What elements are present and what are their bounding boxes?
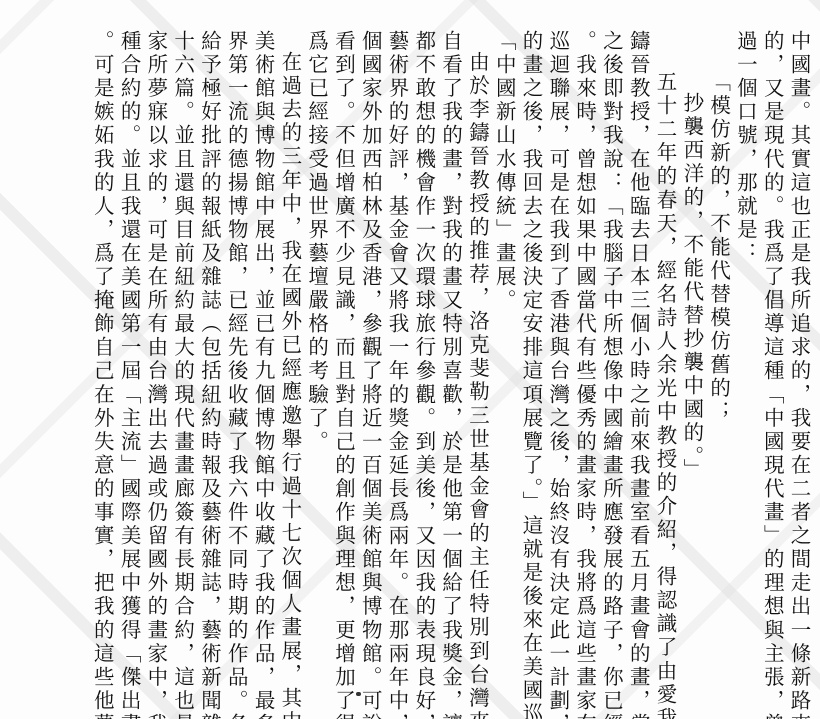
text-column-2: 的，又是現代的。我爲了倡導這種「中國現代畫」的理想與主張，曾經在那時提出 — [758, 30, 785, 670]
document-page: 中國畫。其實這也正是我所追求的，我要在二者之間走出一條新路來，它既是中國 的，又… — [88, 30, 812, 670]
text-column-6: 五十二年的春天，經名詩人余光中教授的介紹，得認識了由愛我華大學來的李 — [651, 30, 678, 670]
text-column-11: 的畫之後，我回去之後決定安排這項展覽了。」這就是後來在美國巡迴展覽兩年的 — [517, 30, 544, 670]
text-column-24: 十六篇。並且還與目前紐約最大的現代畫畫廊簽有長期合約，這也是所有的當代畫 — [169, 30, 196, 670]
text-column-15: 都不敢想的機會作一次環球旅行參觀。到美後，又因我的表現良好，作品到處受到 — [410, 30, 437, 670]
text-column-25: 家所夢寐以求的，可是在所有由台灣出去過或仍留國外的畫家中，我是唯一簽有這 — [142, 30, 169, 670]
text-column-20: 在過去的三年中，我在國外已經應邀舉行過十七次個人畫展，其中有七次是在 — [276, 30, 303, 670]
text-column-10: 巡迴聯展，可是在我到了香港與台灣之後，始終沒有決定此一計劃，今天看到你們 — [544, 30, 571, 670]
text-column-17: 個國家外加西柏林及香港，參觀了將近一百個美術館與博物館。可說是應該看的都 — [356, 30, 383, 670]
quote-line-2: 抄襲西洋的，不能代替抄襲中國的。」 — [678, 30, 705, 670]
text-column-21: 美術館與博物館中展出，並已有九個博物館中收藏了我的作品，最多者如舊金山世 — [249, 30, 276, 670]
text-column-13: 由於李鑄晉教授的推荐，洛克斐勒三世基金會的主任特別到台灣來了一趟，親 — [464, 30, 491, 670]
text-column-16: 藝術界的好評，基金會又將我一年的獎金延長爲兩年。在那兩年中，共訪問了十八 — [383, 30, 410, 670]
text-column-19: 爲它已經接受過世界藝壇嚴格的考驗了。 — [303, 30, 330, 670]
text-column-7: 鑄晉教授，在他臨去日本三個小時之前來我畫室看五月畫會的畫，當時看了我的畫 — [624, 30, 651, 670]
text-column-8: 之後即對我說：「我腦子中所想像中國繪畫所應發展的路子，你已經全表現出來了 — [598, 30, 625, 670]
text-column-18: 看到了。不但增廣不少見識，而且對自己的創作與理想，更增加了很大的信心。因 — [330, 30, 357, 670]
text-column-22: 界第一流的德揚博物館，已經先後收藏了我六件不同時期的作品。各處對我的畫展 — [222, 30, 249, 670]
text-column-9: 。我來時，曾想如果中國當代有些優秀的畫家時，我將爲這些畫家在美國安排一個 — [571, 30, 598, 670]
text-column-3: 過一個口號，那就是： — [732, 30, 759, 670]
text-column-1: 中國畫。其實這也正是我所追求的，我要在二者之間走出一條新路來，它既是中國 — [785, 30, 812, 670]
text-column-12: 「中國新山水傳統」畫展。 — [490, 30, 517, 670]
text-column-14: 自看了我的畫，對我的畫又特別喜歡，於是他第一個給了我獎金，讓我有一個做夢 — [437, 30, 464, 670]
text-column-27: 。可是嫉妬我的人，爲了掩飾自己在外失意的事實，把我的這些他夢寐以求不到的 — [88, 30, 115, 670]
quote-line-1: 「模仿新的，不能代替模仿舊的； — [705, 30, 732, 670]
text-column-26: 種合約的。並且我還在美國第一屆「主流」國際美展中獲得「傑出畫家獎」的榮譽 — [115, 30, 142, 670]
scan-speck — [356, 692, 361, 696]
text-column-23: 給予極好批評的報紙及雜誌（包括紐約時報及藝術雜誌，藝術新聞雜誌在內）共二 — [196, 30, 223, 670]
